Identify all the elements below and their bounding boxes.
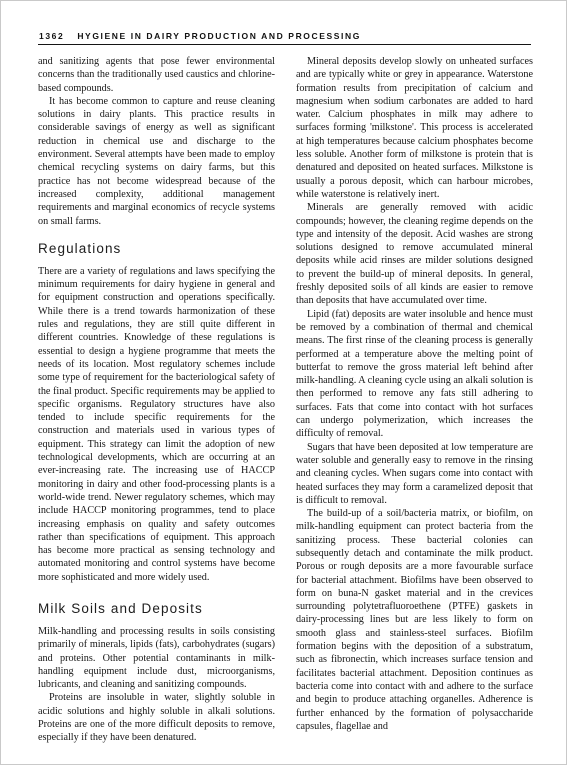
two-column-layout: and sanitizing agents that pose fewer en… [38,55,531,745]
book-page: 1362 HYGIENE IN DAIRY PRODUCTION AND PRO… [0,0,567,765]
header-rule [38,44,531,45]
paragraph-biofilm: The build-up of a soil/bacteria matrix, … [296,507,533,733]
paragraph-regulations: There are a variety of regulations and l… [38,265,275,584]
paragraph-minerals-removal: Minerals are generally removed with acid… [296,201,533,307]
running-head: 1362 HYGIENE IN DAIRY PRODUCTION AND PRO… [38,31,531,41]
heading-milk-soils-and-deposits: Milk Soils and Deposits [38,601,275,616]
paragraph-proteins: Proteins are insoluble in water, slightl… [38,691,275,744]
heading-regulations: Regulations [38,241,275,256]
paragraph-milk-soils: Milk-handling and processing results in … [38,625,275,691]
paragraph-sugars: Sugars that have been deposited at low t… [296,441,533,507]
paragraph-mineral-deposits: Mineral deposits develop slowly on unhea… [296,55,533,201]
paragraph-lipid-deposits: Lipid (fat) deposits are water insoluble… [296,308,533,441]
paragraph-reuse-cleaning: It has become common to capture and reus… [38,95,275,228]
paragraph-continuation: and sanitizing agents that pose fewer en… [38,55,275,95]
page-number: 1362 [39,31,64,41]
running-title: HYGIENE IN DAIRY PRODUCTION AND PROCESSI… [77,31,361,41]
left-column: and sanitizing agents that pose fewer en… [38,55,275,745]
right-column: Mineral deposits develop slowly on unhea… [296,55,533,745]
